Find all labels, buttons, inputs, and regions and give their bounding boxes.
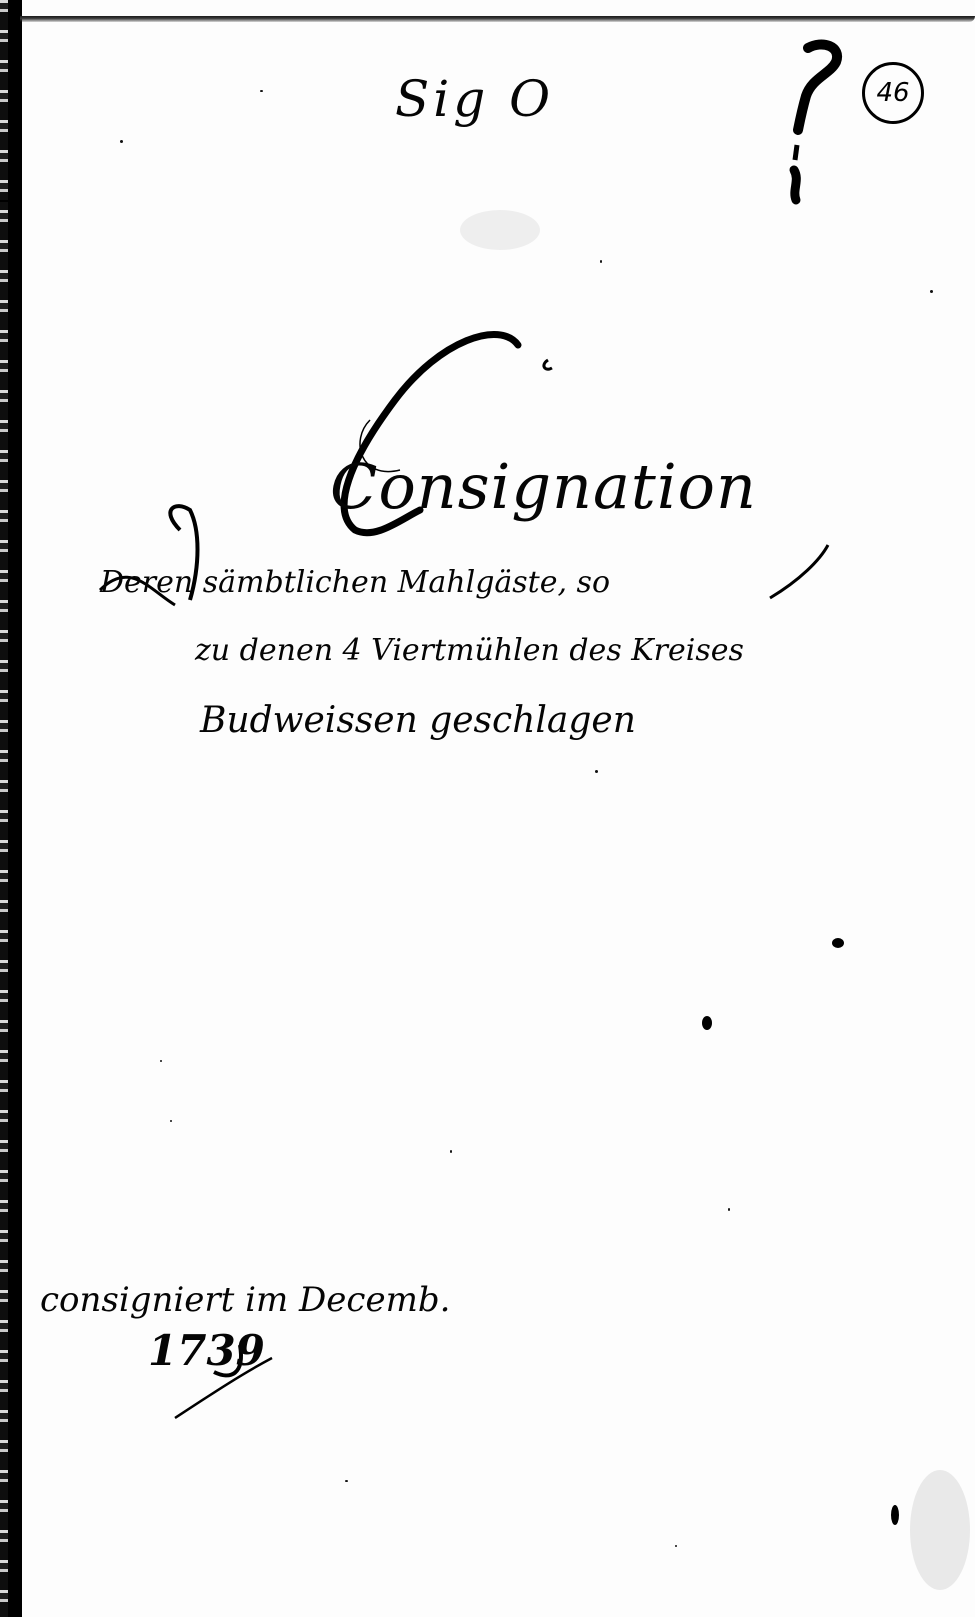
speck — [345, 1480, 348, 1482]
page-top-edge — [20, 16, 975, 22]
subtitle-line-2: zu denen 4 Viertmühlen des Kreises — [195, 633, 744, 668]
speck — [930, 290, 933, 293]
consignment-note: consigniert im Decemb. — [40, 1280, 450, 1320]
speck — [120, 140, 123, 143]
speck — [595, 770, 598, 773]
consignment-year: 1739 — [148, 1326, 265, 1375]
ink-flourishes — [0, 0, 975, 1617]
document-page: Sig O 46 Consignation Deren sämbtlichen … — [0, 0, 975, 1617]
binding-notch — [0, 200, 8, 202]
speck — [728, 1208, 730, 1211]
signature-label: Sig O — [395, 70, 554, 128]
document-title: Consignation — [330, 450, 757, 523]
speck — [600, 260, 602, 263]
speck — [260, 90, 263, 92]
subtitle-line-1: Deren sämbtlichen Mahlgäste, so — [100, 565, 610, 600]
binding-edge — [0, 0, 8, 1617]
speck — [160, 1060, 162, 1062]
subtitle-line-3: Budweissen geschlagen — [200, 700, 636, 741]
speck — [450, 1150, 452, 1153]
folio-number: 46 — [862, 62, 924, 124]
speck — [675, 1545, 677, 1547]
speck — [170, 1120, 172, 1122]
